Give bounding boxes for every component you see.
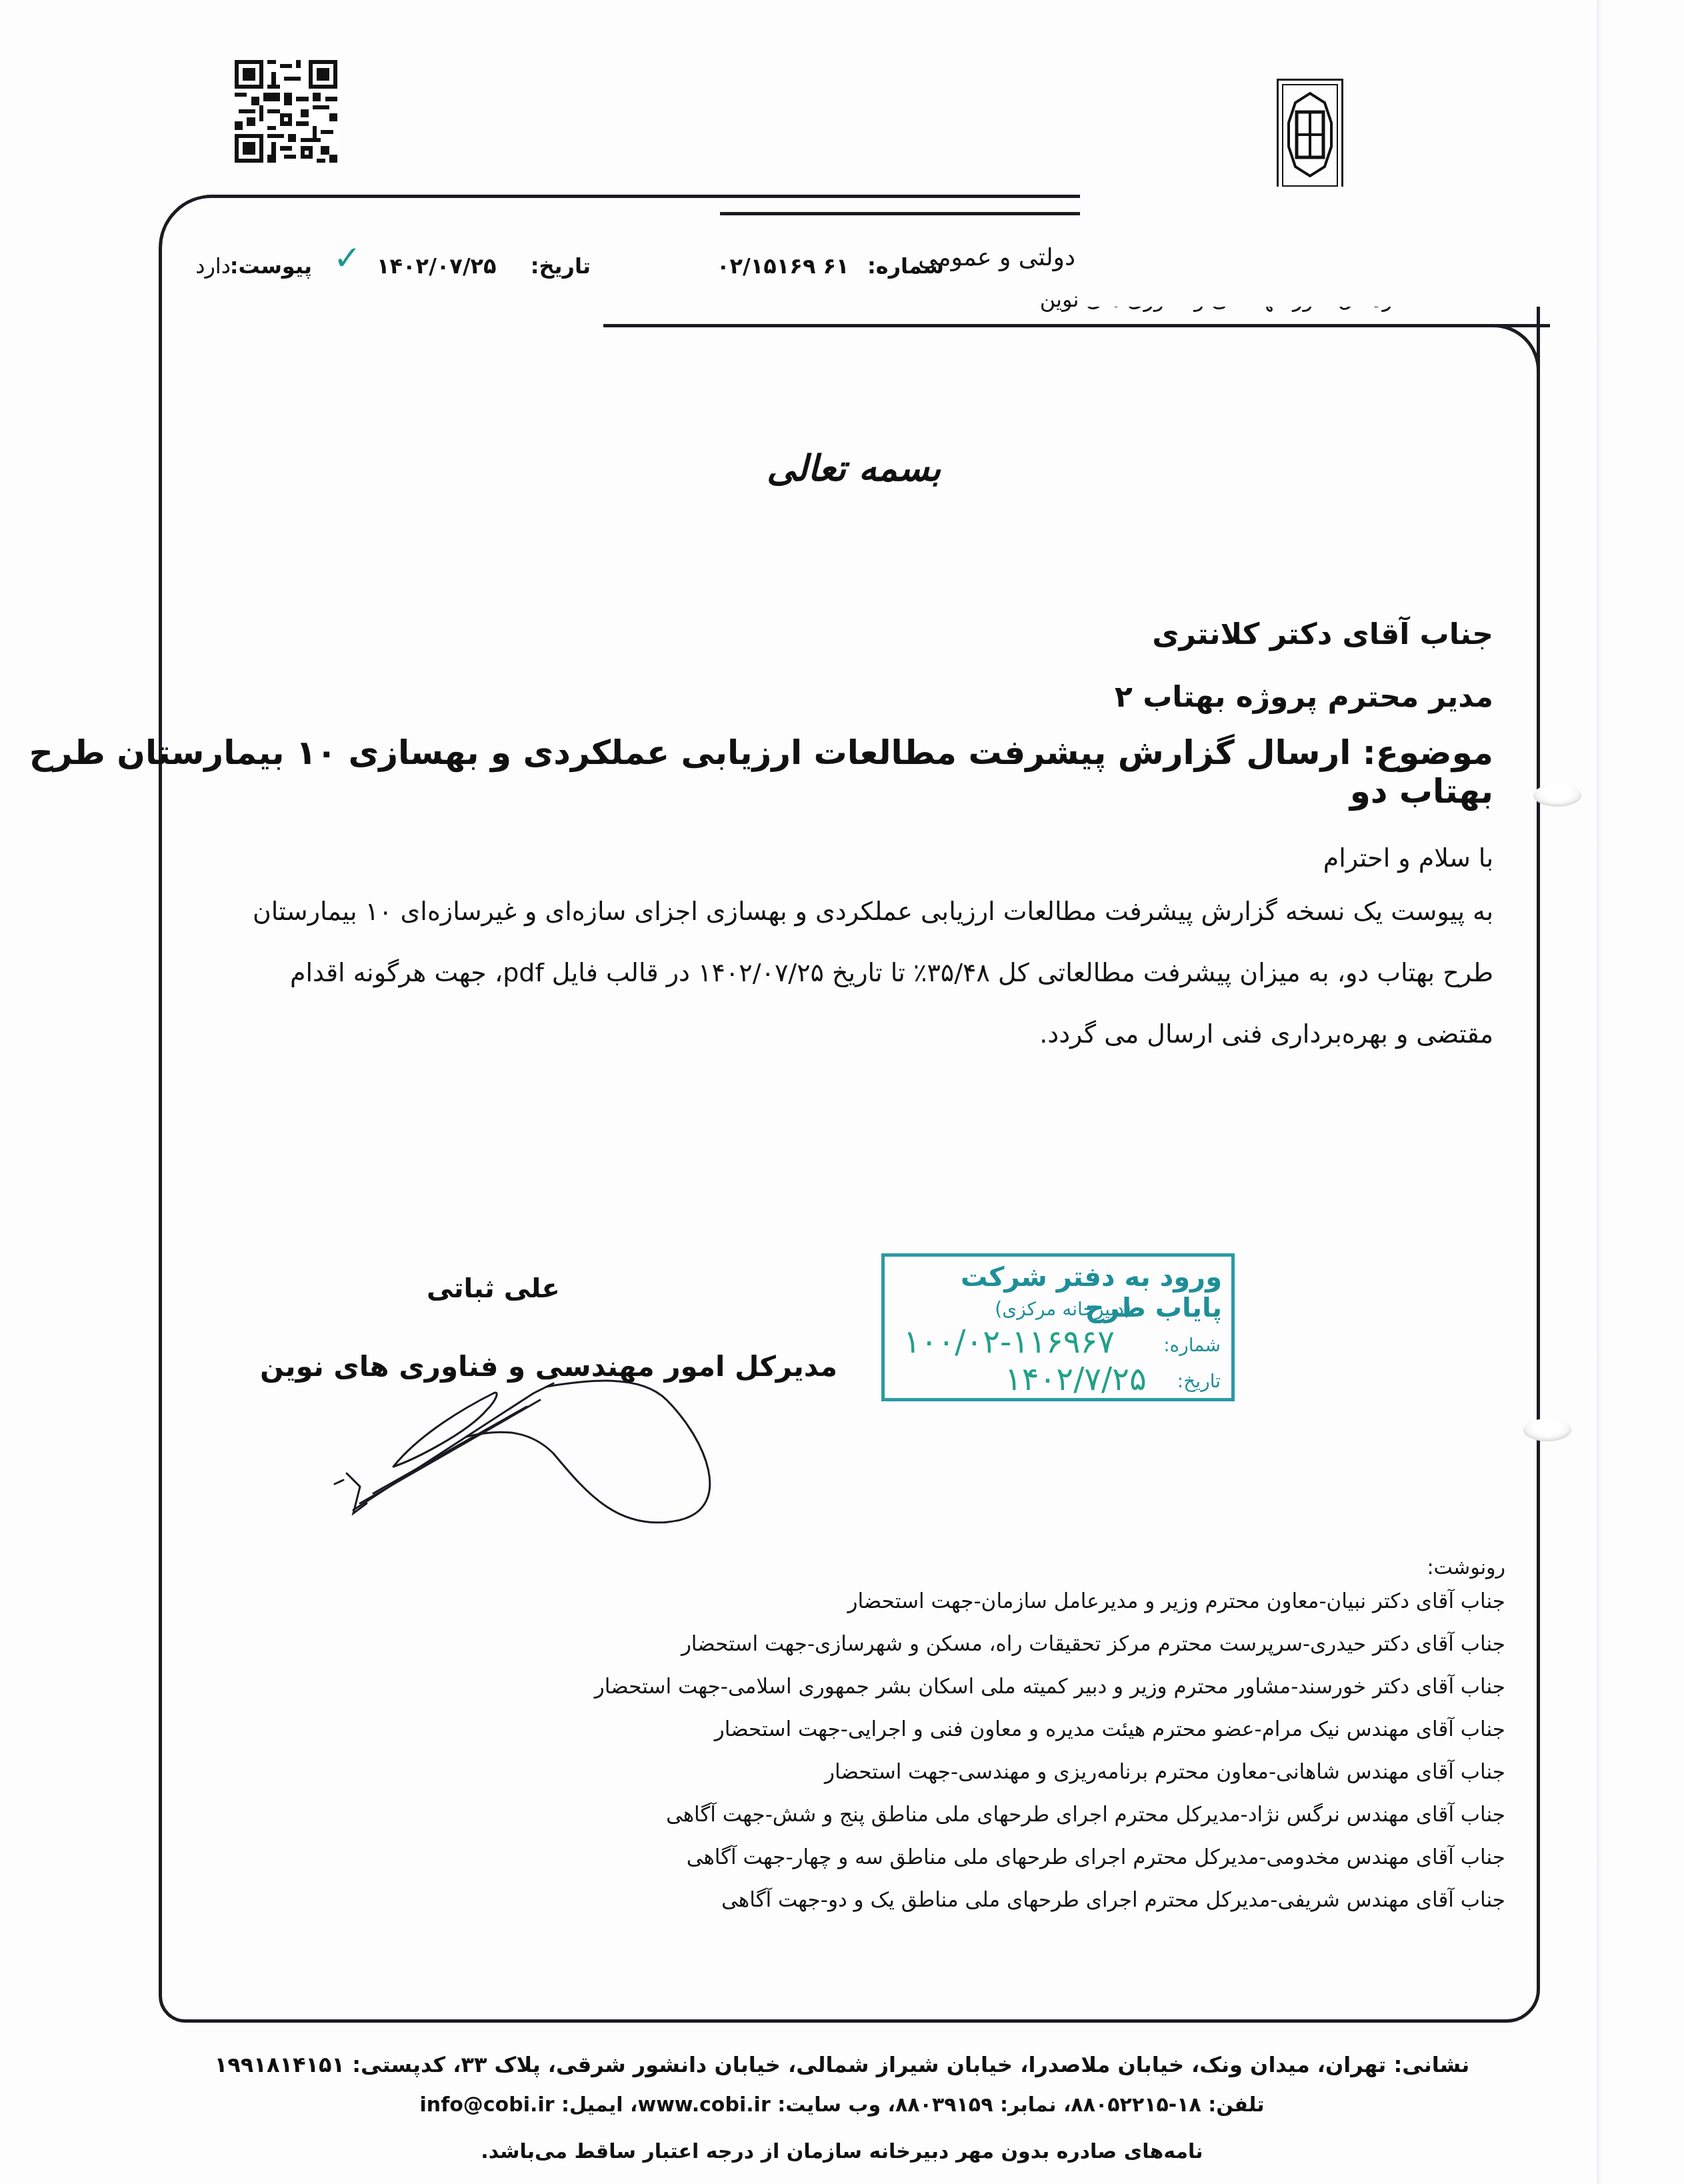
date-label: تاریخ: <box>531 253 591 279</box>
attachment-label: پیوست: <box>230 253 312 279</box>
addressee-name: جناب آقای دکتر کلانتری <box>1152 617 1493 651</box>
number-label: شماره: <box>867 253 944 279</box>
received-stamp: ورود به دفتر شرکت پایاب طرح (دبیرخانه مر… <box>881 1253 1235 1401</box>
frame-gap <box>1080 187 1553 307</box>
stamp-subtitle: (دبیرخانه مرکزی) <box>995 1298 1131 1320</box>
number-value: ۶۱ ۰۲/۱۵۱۶۹ <box>717 253 849 279</box>
cc-item: جناب آقای مهندس شریفی-مدیرکل محترم اجرای… <box>721 1888 1505 1912</box>
attachment-value: دارد <box>195 253 231 279</box>
footer-notice: نامه‌های صادره بدون مهر دبیرخانه سازمان … <box>0 2140 1684 2163</box>
paper-edge-shadow <box>1597 0 1601 2184</box>
cc-item: جناب آقای مهندس مخدومی-مدیرکل محترم اجرا… <box>687 1845 1505 1869</box>
header-rule-top <box>720 212 1080 215</box>
stamp-number-value: ۱۰۰/۰۲-۱۱۶۹۶۷ <box>903 1323 1115 1361</box>
cc-item: جناب آقای مهندس نرگس نژاد-مدیرکل محترم ا… <box>666 1803 1505 1827</box>
body-line-2: طرح بهتاب دو، به میزان پیشرفت مطالعاتی ک… <box>147 940 1493 1005</box>
frame-right-corner <box>1392 324 1540 411</box>
date-value: ۱۴۰۲/۰۷/۲۵ <box>377 253 497 279</box>
footer-contact: تلفن: ۱۸-۸۸۰۵۲۲۱۵، نمابر: ۸۸۰۳۹۱۵۹، وب س… <box>0 2093 1684 2117</box>
basmala: بسمه تعالی <box>767 447 941 489</box>
footer-address: نشانی: تهران، میدان ونک، خیابان ملاصدرا،… <box>0 2052 1684 2077</box>
attachment-check-icon: ✓ <box>333 239 361 277</box>
punch-hole-top <box>1533 784 1581 807</box>
cc-label: رونوشت: <box>1427 1556 1505 1579</box>
body-line-1: به پیوست یک نسخه گزارش پیشرفت مطالعات ار… <box>147 879 1493 944</box>
addressee-title: مدیر محترم پروژه بهتاب ۲ <box>1115 680 1493 714</box>
subject-line: موضوع: ارسال گزارش پیشرفت مطالعات ارزیاب… <box>0 733 1493 811</box>
signatory-name: علی ثباتی <box>427 1273 560 1304</box>
body-line-3: مقتضی و بهره‌برداری فنی ارسال می گردد. <box>147 1001 1493 1067</box>
qr-code-icon <box>235 60 337 163</box>
stamp-date-label: تاریخ: <box>1177 1370 1221 1392</box>
ministry-logo-icon <box>1277 79 1343 192</box>
cc-item: جناب آقای مهندس شاهانی-معاون محترم برنام… <box>825 1760 1505 1784</box>
cc-item: جناب آقای دکتر حیدری-سرپرست محترم مرکز ت… <box>681 1632 1505 1656</box>
stamp-number-label: شماره: <box>1163 1334 1221 1356</box>
cc-item: جناب آقای مهندس نیک مرام-عضو محترم هیئت … <box>715 1717 1505 1741</box>
handwritten-signature-icon <box>333 1360 787 1533</box>
cc-item: جناب آقای دکتر خورسند-مشاور محترم وزیر و… <box>595 1675 1505 1699</box>
stamp-date-value: ۱۴۰۲/۷/۲۵ <box>1005 1361 1147 1398</box>
punch-hole-bottom <box>1523 1419 1571 1441</box>
cc-item: جناب آقای دکتر نبیان-معاون محترم وزیر و … <box>847 1589 1505 1613</box>
